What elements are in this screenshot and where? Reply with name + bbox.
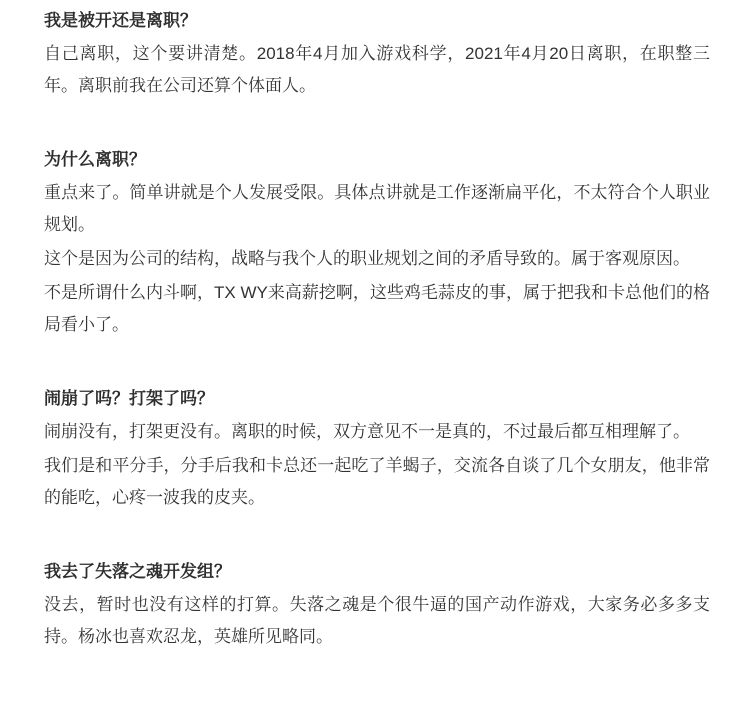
- answer-paragraph: 不是所谓什么内斗啊，TX WY来高薪挖啊，这些鸡毛蒜皮的事，属于把我和卡总他们的…: [44, 277, 710, 341]
- answer-paragraph: 自己离职，这个要讲清楚。2018年4月加入游戏科学，2021年4月20日离职，在…: [44, 38, 710, 102]
- answer-paragraph: 这个是因为公司的结构，战略与我个人的职业规划之间的矛盾导致的。属于客观原因。: [44, 243, 710, 275]
- article-body: 我是被开还是离职？ 自己离职，这个要讲清楚。2018年4月加入游戏科学，2021…: [44, 5, 710, 653]
- qa-section-why-quit: 为什么离职？ 重点来了。简单讲就是个人发展受限。具体点讲就是工作逐渐扁平化，不太…: [44, 144, 710, 341]
- question-heading: 为什么离职？: [44, 144, 710, 176]
- qa-section-fired-or-quit: 我是被开还是离职？ 自己离职，这个要讲清楚。2018年4月加入游戏科学，2021…: [44, 5, 710, 102]
- question-heading: 我去了失落之魂开发组？: [44, 556, 710, 588]
- answer-paragraph: 重点来了。简单讲就是个人发展受限。具体点讲就是工作逐渐扁平化，不太符合个人职业规…: [44, 177, 710, 241]
- question-heading: 我是被开还是离职？: [44, 5, 710, 37]
- answer-paragraph: 没去，暂时也没有这样的打算。失落之魂是个很牛逼的国产动作游戏，大家务必多多支持。…: [44, 589, 710, 653]
- qa-section-lost-soul-aside: 我去了失落之魂开发组？ 没去，暂时也没有这样的打算。失落之魂是个很牛逼的国产动作…: [44, 556, 710, 653]
- question-heading: 闹崩了吗？打架了吗？: [44, 383, 710, 415]
- qa-section-fallout-or-fight: 闹崩了吗？打架了吗？ 闹崩没有，打架更没有。离职的时候，双方意见不一是真的，不过…: [44, 383, 710, 514]
- answer-paragraph: 我们是和平分手，分手后我和卡总还一起吃了羊蝎子，交流各自谈了几个女朋友，他非常的…: [44, 450, 710, 514]
- answer-paragraph: 闹崩没有，打架更没有。离职的时候，双方意见不一是真的，不过最后都互相理解了。: [44, 416, 710, 448]
